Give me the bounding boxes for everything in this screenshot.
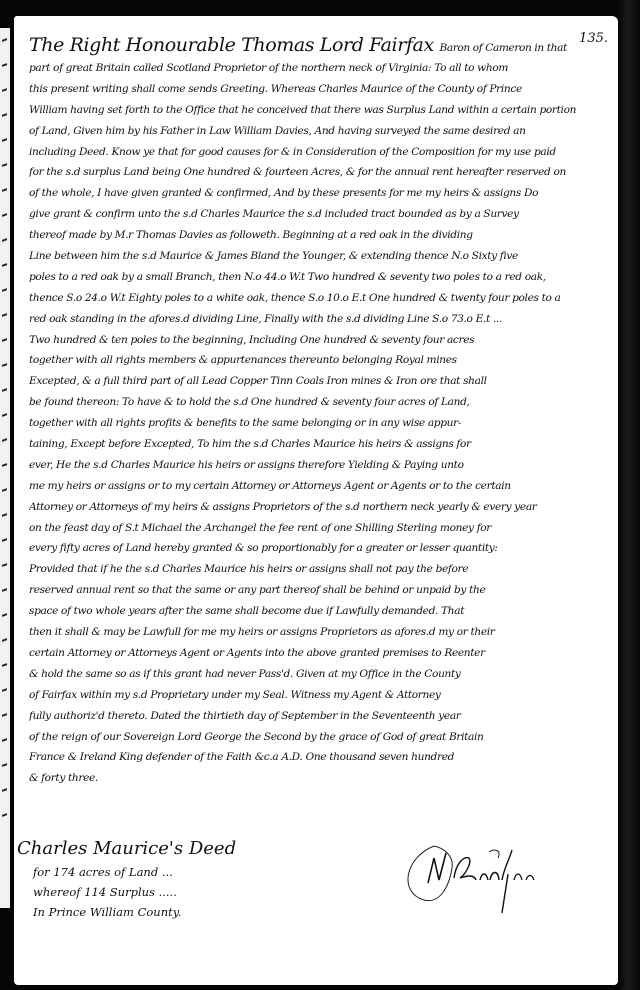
text-line: William having set forth to the Office t… [29,100,609,121]
text-line: for the s.d surplus Land being One hundr… [29,162,609,183]
text-line: certain Attorney or Attorneys Agent or A… [29,643,609,664]
text-line: Two hundred & ten poles to the beginning… [29,330,609,351]
text-line: including Deed. Know ye that for good ca… [29,142,609,163]
text-line: be found thereon: To have & to hold the … [29,392,609,413]
text-line: space of two whole years after the same … [29,601,609,622]
text-line: of the whole, I have given granted & con… [29,183,609,204]
text-line: taining, Except before Excepted, To him … [29,434,609,455]
grantor-title: The Right Honourable Thomas Lord Fairfax [29,34,434,56]
text-line: Excepted, & a full third part of all Lea… [29,371,609,392]
docket-line: whereof 114 Surplus ..... [17,882,277,902]
text-line: & hold the same so as if this grant had … [29,664,609,685]
text-line: ever, He the s.d Charles Maurice his hei… [29,455,609,476]
signature-flourish-icon [394,838,594,928]
text-line: red oak standing in the afores.d dividin… [29,309,609,330]
text-line: & forty three. [29,768,609,789]
text-line: give grant & confirm unto the s.d Charle… [29,204,609,225]
text-line: then it shall & may be Lawfull for me my… [29,622,609,643]
grant-heading: The Right Honourable Thomas Lord Fairfax… [29,32,609,58]
text-line: reserved annual rent so that the same or… [29,580,609,601]
text-line: part of great Britain called Scotland Pr… [29,58,609,79]
text-line: France & Ireland King defender of the Fa… [29,747,609,768]
text-line: fully authoriz'd thereto. Dated the thir… [29,706,609,727]
scan-border [618,0,640,990]
text-line: on the feast day of S.t Michael the Arch… [29,518,609,539]
text-line: Baron of Cameron in that [439,42,566,54]
docket-line: for 174 acres of Land ... [17,862,277,882]
docket-note: Charles Maurice's Deed for 174 acres of … [17,836,277,922]
text-line: thereof made by M.r Thomas Davies as fol… [29,225,609,246]
text-line: together with all rights profits & benef… [29,413,609,434]
docket-title: Charles Maurice's Deed [17,836,277,862]
text-line: Line between him the s.d Maurice & James… [29,246,609,267]
text-line: Provided that if he the s.d Charles Maur… [29,559,609,580]
text-line: together with all rights members & appur… [29,350,609,371]
grant-text: The Right Honourable Thomas Lord Fairfax… [29,32,609,819]
adjacent-page-edge [0,28,10,908]
text-line: of the reign of our Sovereign Lord Georg… [29,727,609,748]
text-line: me my heirs or assigns or to my certain … [29,476,609,497]
text-line: of Fairfax within my s.d Proprietary und… [29,685,609,706]
docket-line: In Prince William County. [17,902,277,922]
manuscript-page: 135. The Right Honourable Thomas Lord Fa… [14,16,618,985]
text-line: of Land, Given him by his Father in Law … [29,121,609,142]
signature [394,838,594,928]
text-line: every fifty acres of Land hereby granted… [29,538,609,559]
text-line: Attorney or Attorneys of my heirs & assi… [29,497,609,518]
text-line: this present writing shall come sends Gr… [29,79,609,100]
text-line: thence S.o 24.o W.t Eighty poles to a wh… [29,288,609,309]
text-line: poles to a red oak by a small Branch, th… [29,267,609,288]
